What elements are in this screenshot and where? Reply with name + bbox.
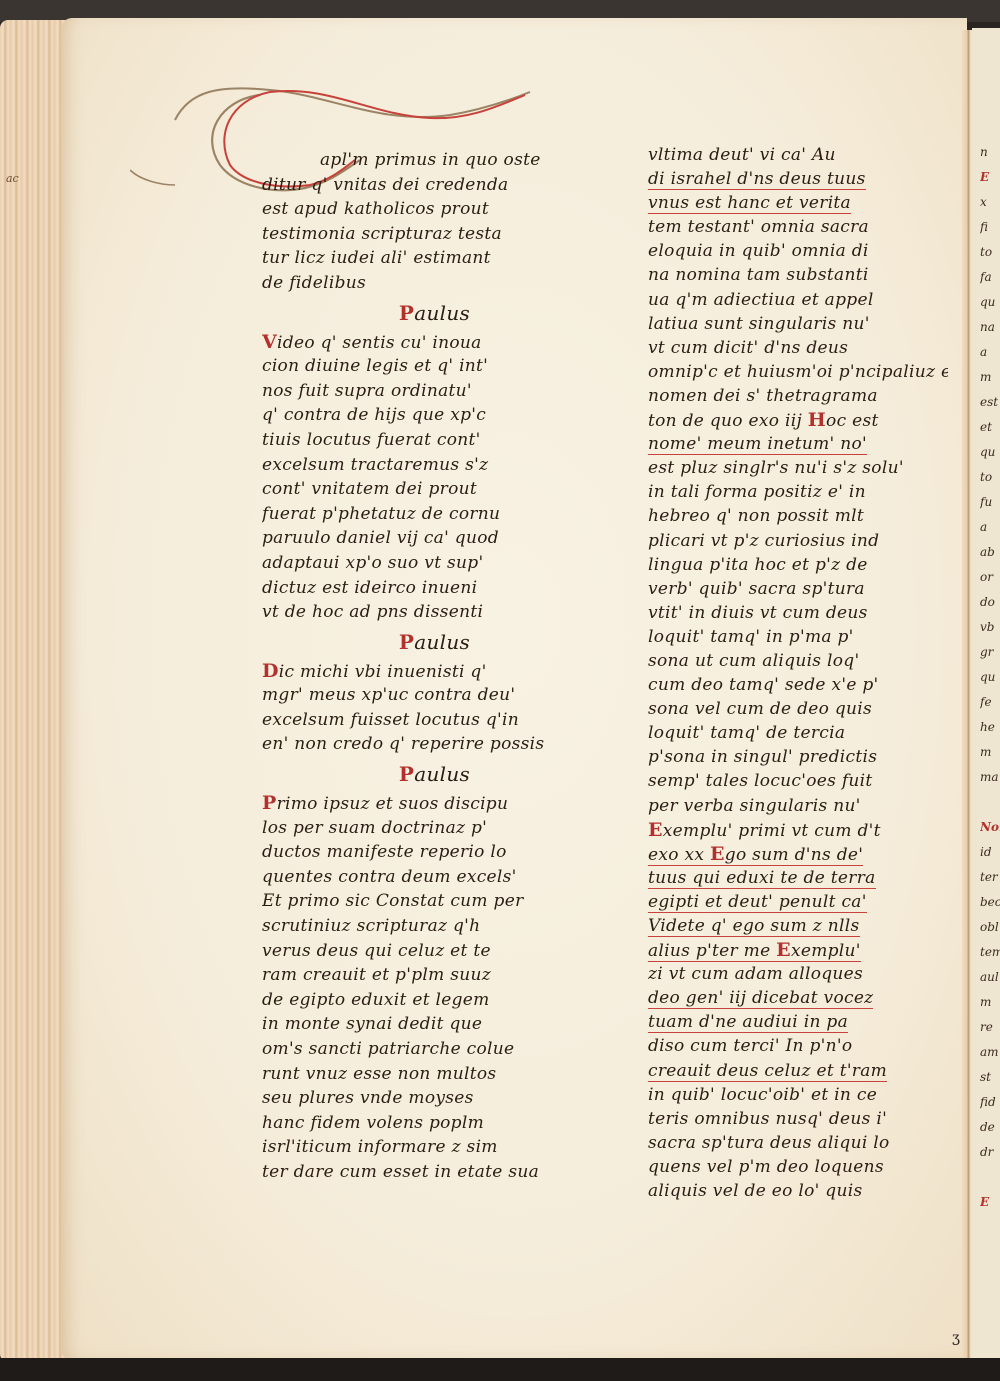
paragraph-first-line: Primo ipsuz et suos discipu bbox=[262, 791, 607, 816]
text-line: scrutiniuz scripturaz q'h bbox=[262, 914, 607, 939]
facing-page-fragment: qu bbox=[980, 440, 1000, 465]
facing-page-fragment: E bbox=[980, 165, 1000, 190]
text-line: de egipto eduxit et legem bbox=[262, 988, 607, 1013]
text-line: fuerat p'phetatuz de cornu bbox=[262, 502, 607, 527]
rubric-initial: P bbox=[399, 762, 414, 786]
text-line: per verba singularis nu' bbox=[648, 794, 948, 818]
text-line: tuam d'ne audiui in pa bbox=[648, 1010, 948, 1034]
facing-page-fragment: obl bbox=[980, 915, 1000, 940]
heading-text: aulus bbox=[414, 301, 470, 325]
text-line: Exemplu' primi vt cum d't bbox=[648, 818, 948, 842]
text-line: cion diuine legis et q' int' bbox=[262, 354, 607, 379]
text-line: vt de hoc ad pns dissenti bbox=[262, 600, 607, 625]
text-line: vltima deut' vi ca' Au bbox=[648, 143, 948, 167]
text-line: paruulo daniel vij ca' quod bbox=[262, 526, 607, 551]
text-line: q' contra de hijs que xp'c bbox=[262, 403, 607, 428]
text-line: lingua p'ita hoc et p'z de bbox=[648, 553, 948, 577]
text-line: na nomina tam substanti bbox=[648, 263, 948, 287]
text-line: loquit' tamq' de tercia bbox=[648, 721, 948, 745]
bottom-mark: ʒ bbox=[952, 1330, 960, 1346]
text-line: verb' quib' sacra sp'tura bbox=[648, 577, 948, 601]
text-line: nomen dei s' thetragrama bbox=[648, 384, 948, 408]
paragraph-body: cion diuine legis et q' int'nos fuit sup… bbox=[262, 354, 607, 625]
text-line: latiua sunt singularis nu' bbox=[648, 312, 948, 336]
text-line: est pluz singlr's nu'i s'z solu' bbox=[648, 456, 948, 480]
text-line: dictuz est ideirco inueni bbox=[262, 576, 607, 601]
text-line: aliquis vel de eo lo' quis bbox=[648, 1179, 948, 1203]
facing-page-fragment: qu bbox=[980, 665, 1000, 690]
line-text: rimo ipsuz et suos discipu bbox=[277, 794, 509, 814]
text-line: vnus est hanc et verita bbox=[648, 191, 948, 215]
text-line: di israhel d'ns deus tuus bbox=[648, 167, 948, 191]
text-line: est apud katholicos prout bbox=[262, 197, 607, 222]
text-line: ton de quo exo iij Hoc est bbox=[648, 408, 948, 432]
text-line: nos fuit supra ordinatu' bbox=[262, 379, 607, 404]
facing-page-fragment: he bbox=[980, 715, 1000, 740]
facing-page-text: nExfitofaqunaamestetqutofuaabordovbgrquf… bbox=[980, 140, 1000, 1215]
line-text: ideo q' sentis cu' inoua bbox=[277, 333, 482, 353]
text-line: om's sancti patriarche colue bbox=[262, 1037, 607, 1062]
facing-page-fragment: E bbox=[980, 1190, 1000, 1215]
line-text: ic michi vbi inuenisti q' bbox=[279, 662, 487, 682]
facing-page-fragment: et bbox=[980, 415, 1000, 440]
facing-page-fragment: na bbox=[980, 315, 1000, 340]
text-line: tur licz iudei ali' estimant bbox=[262, 246, 607, 271]
text-line: in monte synai dedit que bbox=[262, 1012, 607, 1037]
paragraph-initial: D bbox=[262, 660, 279, 682]
text-line: mgr' meus xp'uc contra deu' bbox=[262, 683, 607, 708]
paragraph-first-line: Video q' sentis cu' inoua bbox=[262, 330, 607, 355]
facing-page-fragment: bec bbox=[980, 890, 1000, 915]
rubric-initial: E bbox=[648, 819, 663, 841]
rubric-heading-paulus-1: Paulus bbox=[262, 296, 607, 330]
text-line: exo xx Ego sum d'ns de' bbox=[648, 842, 948, 866]
text-line: loquit' tamq' in p'ma p' bbox=[648, 625, 948, 649]
text-line: en' non credo q' reperire possis bbox=[262, 732, 607, 757]
facing-page-fragment: id bbox=[980, 840, 1000, 865]
text-line: cum deo tamq' sede x'e p' bbox=[648, 673, 948, 697]
facing-page-fragment: aul bbox=[980, 965, 1000, 990]
facing-page-fragment: de bbox=[980, 1115, 1000, 1140]
facing-page-fragment: or bbox=[980, 565, 1000, 590]
facing-page-fragment: x bbox=[980, 190, 1000, 215]
text-line: p'sona in singul' predictis bbox=[648, 745, 948, 769]
facing-page-fragment: m bbox=[980, 365, 1000, 390]
rubric-heading-paulus-3: Paulus bbox=[262, 757, 607, 791]
rubric-initial: H bbox=[808, 409, 826, 431]
paragraph-first-line: Dic michi vbi inuenisti q' bbox=[262, 659, 607, 684]
facing-page-fragment: st bbox=[980, 1065, 1000, 1090]
facing-page-fragment: a bbox=[980, 515, 1000, 540]
text-line: cont' vnitatem dei prout bbox=[262, 477, 607, 502]
text-line: tuus qui eduxi te de terra bbox=[648, 866, 948, 890]
facing-page-fragment: am bbox=[980, 1040, 1000, 1065]
facing-page-fragment: to bbox=[980, 465, 1000, 490]
facing-page-fragment: n bbox=[980, 140, 1000, 165]
facing-page-fragment bbox=[980, 1165, 1000, 1190]
facing-page-fragment: a bbox=[980, 340, 1000, 365]
facing-page-fragment: re bbox=[980, 1015, 1000, 1040]
rubric-initial: E bbox=[710, 843, 725, 865]
text-line: sona ut cum aliquis loq' bbox=[648, 649, 948, 673]
text-line: vtit' in diuis vt cum deus bbox=[648, 601, 948, 625]
backdrop-bottom bbox=[0, 1358, 1000, 1381]
text-line: in tali forma positiz e' in bbox=[648, 480, 948, 504]
text-line: Videte q' ego sum z nlls bbox=[648, 914, 948, 938]
facing-page-fragment: gr bbox=[980, 640, 1000, 665]
facing-page-fragment: vb bbox=[980, 615, 1000, 640]
text-line: quens vel p'm deo loquens bbox=[648, 1155, 948, 1179]
text-line: Et primo sic Constat cum per bbox=[262, 889, 607, 914]
paragraph-initial: V bbox=[262, 331, 277, 353]
facing-page-fragment: ma bbox=[980, 765, 1000, 790]
paragraph-body: mgr' meus xp'uc contra deu'excelsum fuis… bbox=[262, 683, 607, 757]
margin-note: ac bbox=[6, 172, 19, 185]
text-line: zi vt cum adam alloques bbox=[648, 962, 948, 986]
page-edges-stack bbox=[0, 20, 68, 1362]
facing-page-fragment: to bbox=[980, 240, 1000, 265]
rubric-initial: P bbox=[399, 630, 414, 654]
text-line: hanc fidem volens poplm bbox=[262, 1111, 607, 1136]
facing-page-fragment: fa bbox=[980, 265, 1000, 290]
text-line: ram creauit et p'plm suuz bbox=[262, 963, 607, 988]
text-line: tem testant' omnia sacra bbox=[648, 215, 948, 239]
text-line: excelsum tractaremus s'z bbox=[262, 453, 607, 478]
paragraph-initial: P bbox=[262, 792, 277, 814]
facing-page-fragment: est bbox=[980, 390, 1000, 415]
text-line: in quib' locuc'oib' et in ce bbox=[648, 1083, 948, 1107]
facing-page-fragment: dr bbox=[980, 1140, 1000, 1165]
text-line: plicari vt p'z curiosius ind bbox=[648, 529, 948, 553]
text-line: los per suam doctrinaz p' bbox=[262, 816, 607, 841]
text-line: verus deus qui celuz et te bbox=[262, 939, 607, 964]
text-line: ter dare cum esset in etate sua bbox=[262, 1160, 607, 1185]
rubric-heading-paulus-2: Paulus bbox=[262, 625, 607, 659]
text-line: excelsum fuisset locutus q'in bbox=[262, 708, 607, 733]
text-line: vt cum dicit' d'ns deus bbox=[648, 336, 948, 360]
rubric-initial: E bbox=[776, 939, 791, 961]
text-line: runt vnuz esse non multos bbox=[262, 1062, 607, 1087]
facing-page-fragment: m bbox=[980, 740, 1000, 765]
text-line: nome' meum inetum' no' bbox=[648, 432, 948, 456]
right-text-column: vltima deut' vi ca' Audi israhel d'ns de… bbox=[648, 143, 948, 1203]
text-line: diso cum terci' In p'n'o bbox=[648, 1034, 948, 1058]
facing-page-fragment: tem bbox=[980, 940, 1000, 965]
heading-text: aulus bbox=[414, 762, 470, 786]
text-line: alius p'ter me Exemplu' bbox=[648, 938, 948, 962]
text-line: adaptaui xp'o suo vt sup' bbox=[262, 551, 607, 576]
facing-page-fragment: ter bbox=[980, 865, 1000, 890]
heading-text: aulus bbox=[414, 630, 470, 654]
facing-page-fragment: fu bbox=[980, 490, 1000, 515]
text-line: de fidelibus bbox=[262, 271, 607, 296]
facing-page-fragment: m bbox=[980, 990, 1000, 1015]
text-line: ductos manifeste reperio lo bbox=[262, 840, 607, 865]
text-line: quentes contra deum excels' bbox=[262, 865, 607, 890]
text-line: omnip'c et huiusm'oi p'ncipaliuz eni' bbox=[648, 360, 948, 384]
rubric-initial: P bbox=[399, 301, 414, 325]
facing-page-fragment: ab bbox=[980, 540, 1000, 565]
text-line: sona vel cum de deo quis bbox=[648, 697, 948, 721]
text-line: semp' tales locuc'oes fuit bbox=[648, 769, 948, 793]
facing-page-fragment bbox=[980, 790, 1000, 815]
text-line: tiuis locutus fuerat cont' bbox=[262, 428, 607, 453]
text-line: isrl'iticum informare z sim bbox=[262, 1135, 607, 1160]
text-line: seu plures vnde moyses bbox=[262, 1086, 607, 1111]
intro-paragraph: apl'm primus in quo osteditur q' vnitas … bbox=[262, 148, 607, 296]
text-line: teris omnibus nusq' deus i' bbox=[648, 1107, 948, 1131]
text-line: apl'm primus in quo oste bbox=[262, 148, 607, 173]
facing-page-fragment: fid bbox=[980, 1090, 1000, 1115]
left-text-column: apl'm primus in quo osteditur q' vnitas … bbox=[262, 148, 607, 1185]
text-line: creauit deus celuz et t'ram bbox=[648, 1059, 948, 1083]
text-line: hebreo q' non possit mlt bbox=[648, 504, 948, 528]
paragraph-body: los per suam doctrinaz p'ductos manifest… bbox=[262, 816, 607, 1185]
text-line: ua q'm adiectiua et appel bbox=[648, 288, 948, 312]
facing-page-fragment: fe bbox=[980, 690, 1000, 715]
facing-page-fragment: fi bbox=[980, 215, 1000, 240]
text-line: deo gen' iij dicebat vocez bbox=[648, 986, 948, 1010]
facing-page-fragment: qu bbox=[980, 290, 1000, 315]
text-line: testimonia scripturaz testa bbox=[262, 222, 607, 247]
text-line: eloquia in quib' omnia di bbox=[648, 239, 948, 263]
facing-page-fragment: Nom bbox=[980, 815, 1000, 840]
text-line: egipti et deut' penult ca' bbox=[648, 890, 948, 914]
text-line: ditur q' vnitas dei credenda bbox=[262, 173, 607, 198]
facing-page-fragment: do bbox=[980, 590, 1000, 615]
text-line: sacra sp'tura deus aliqui lo bbox=[648, 1131, 948, 1155]
